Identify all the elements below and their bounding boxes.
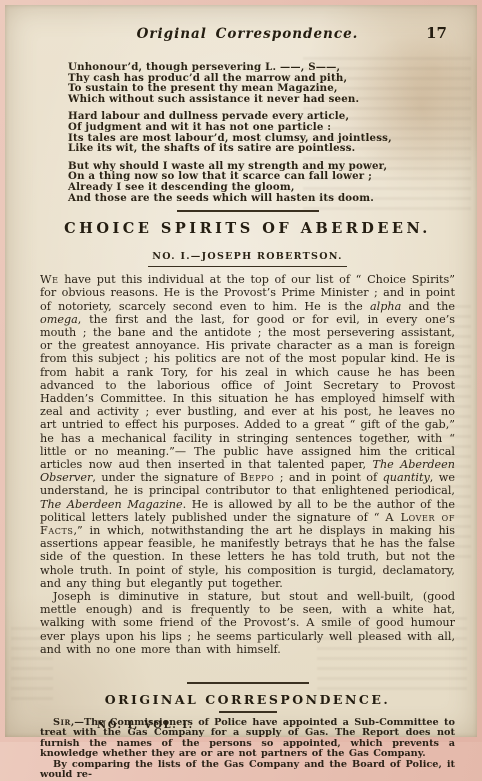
- page-content: Original Correspondence. 17 Unhonour’d, …: [5, 5, 477, 742]
- poem-line: Unhonour’d, though persevering L. ——, S—…: [68, 62, 455, 73]
- article-heading: CHOICE SPIRITS OF ABERDEEN.: [40, 220, 455, 237]
- scanned-page: Original Correspondence. 17 Unhonour’d, …: [5, 5, 477, 737]
- section-divider: [187, 682, 309, 684]
- heading-dash-rule: [219, 711, 277, 713]
- poem-stanza: But why should I waste all my strength a…: [68, 161, 455, 203]
- poem-line: Already I see it descending the gloom,: [68, 182, 455, 193]
- article-subheading: NO. I.—JOSEPH ROBERTSON.: [148, 251, 347, 267]
- poem-line: Which without such assistance it never h…: [68, 94, 455, 105]
- page-header: Original Correspondence. 17: [40, 26, 455, 48]
- footer-imprint: NO. I, VOL. I.: [97, 720, 194, 731]
- poem-stanza: Unhonour’d, though persevering L. ——, S—…: [68, 62, 455, 104]
- article-paragraph: Joseph is diminutive in stature, but sto…: [40, 590, 455, 656]
- article-paragraph: We have put this individual at the top o…: [40, 273, 455, 590]
- poem-line: And those are the seeds which will haste…: [68, 193, 455, 204]
- correspondence-heading: ORIGINAL CORRESPONDENCE.: [40, 692, 455, 707]
- poem-line: Of judgment and wit it has not one parti…: [68, 122, 455, 133]
- section-divider: [177, 210, 319, 212]
- page-number: 17: [426, 24, 447, 42]
- article-subheading-row: NO. I.—JOSEPH ROBERTSON.: [40, 244, 455, 267]
- poem-stanza: Hard labour and dullness pervade every a…: [68, 111, 455, 153]
- poem-line: Like its wit, the shafts of its satire a…: [68, 143, 455, 154]
- poem: Unhonour’d, though persevering L. ——, S—…: [68, 62, 455, 203]
- running-title: Original Correspondence.: [40, 26, 455, 42]
